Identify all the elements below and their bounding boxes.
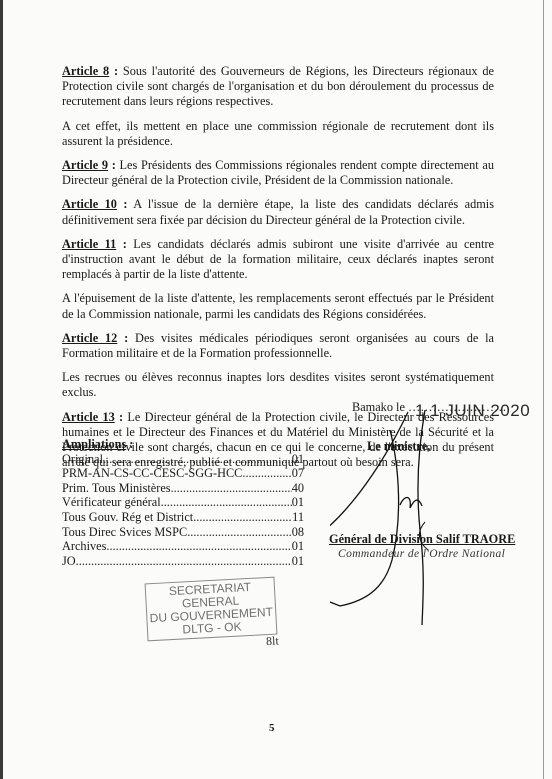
ampliation-row: Tous Direc Svices MSPC08 (62, 525, 304, 540)
dot-leader (161, 495, 292, 510)
ampliation-label: Vérificateur général (62, 495, 161, 510)
dot-leader (193, 510, 292, 525)
article-text: A l'épuisement de la liste d'attente, le… (62, 291, 494, 320)
ampliation-label: Archives (62, 539, 106, 554)
ampliations-colon: : (126, 437, 133, 451)
article-paragraph: Article 11 : Les candidats déclarés admi… (62, 237, 494, 283)
page-edge-right (543, 0, 544, 779)
ampliation-row: Vérificateur général01 (62, 495, 304, 510)
article-colon: : (117, 197, 128, 211)
article-label: Article 8 (62, 64, 109, 78)
dot-leader (103, 452, 292, 467)
paragraph: A l'épuisement de la liste d'attente, le… (62, 291, 494, 321)
ampliation-row: Original01 (62, 452, 304, 467)
ampliation-row: Tous Gouv. Rég et District11 (62, 510, 304, 525)
article-text: A cet effet, ils mettent en place une co… (62, 119, 494, 148)
ampliation-label: JO (62, 554, 76, 569)
paragraph: A cet effet, ils mettent en place une co… (62, 119, 494, 149)
ampliation-count: 08 (292, 525, 304, 540)
page-number: 5 (269, 722, 275, 734)
dot-leader (187, 525, 292, 540)
article-label: Article 9 (62, 158, 108, 172)
article-text: Les recrues ou élèves reconnus inaptes l… (62, 370, 494, 399)
dot-leader (106, 539, 291, 554)
article-paragraph: Article 9 : Les Présidents des Commissio… (62, 158, 494, 188)
ampliation-label: Original (62, 452, 103, 467)
ampliation-row: PRM-AN-CS-CC-CESC-SGG-HCC07 (62, 466, 304, 481)
stamp-initials: 8lt (266, 635, 279, 649)
ampliation-count: 40 (292, 481, 304, 496)
ampliation-label: PRM-AN-CS-CC-CESC-SGG-HCC (62, 466, 242, 481)
dot-leader (76, 554, 292, 569)
article-text: Les Présidents des Commissions régionale… (62, 158, 494, 187)
ampliation-label: Tous Direc Svices MSPC (62, 525, 187, 540)
ampliation-row: Prim. Tous Ministères40 (62, 481, 304, 496)
paragraph: Les recrues ou élèves reconnus inaptes l… (62, 370, 494, 400)
article-colon: : (115, 410, 123, 424)
signatory-title: Commandeur de l'Ordre National (338, 548, 505, 560)
ampliation-label: Prim. Tous Ministères (62, 481, 171, 496)
article-text: Les candidats déclarés admis subiront un… (62, 237, 494, 281)
article-text: A l'issue de la dernière étape, la liste… (62, 197, 494, 226)
ampliation-label: Tous Gouv. Rég et District (62, 510, 193, 525)
ampliations-list: Ampliations : Original01PRM-AN-CS-CC-CES… (62, 437, 304, 568)
article-text: Sous l'autorité des Gouverneurs de Régio… (62, 64, 494, 108)
ampliations-title: Ampliations (62, 437, 126, 451)
article-paragraph: Article 12 : Des visites médicales pério… (62, 331, 494, 361)
dot-leader (171, 481, 292, 496)
ampliation-count: 11 (292, 510, 304, 525)
article-paragraph: Article 8 : Sous l'autorité des Gouverne… (62, 64, 494, 110)
article-colon: : (116, 237, 127, 251)
article-label: Article 10 (62, 197, 117, 211)
article-label: Article 11 (62, 237, 116, 251)
secretariat-stamp: SECRETARIAT GENERAL DU GOUVERNEMENT DLTG… (145, 577, 278, 642)
ampliation-count: 07 (292, 466, 304, 481)
ampliation-row: JO01 (62, 554, 304, 569)
page-edge-left (0, 0, 3, 779)
ampliation-count: 01 (292, 554, 304, 569)
dot-leader (242, 466, 291, 481)
signatory-name: Général de Division Salif TRAORE (329, 532, 515, 547)
article-colon: : (108, 158, 116, 172)
article-paragraph: Article 10 : A l'issue de la dernière ét… (62, 197, 494, 227)
signature-icon (330, 410, 530, 630)
ampliation-row: Archives01 (62, 539, 304, 554)
article-colon: : (117, 331, 128, 345)
article-colon: : (109, 64, 118, 78)
article-label: Article 12 (62, 331, 117, 345)
ampliation-count: 01 (292, 539, 304, 554)
ampliation-count: 01 (292, 495, 304, 510)
ampliation-count: 01 (292, 452, 304, 467)
article-label: Article 13 (62, 410, 115, 424)
ampliations-heading: Ampliations : (62, 437, 304, 452)
